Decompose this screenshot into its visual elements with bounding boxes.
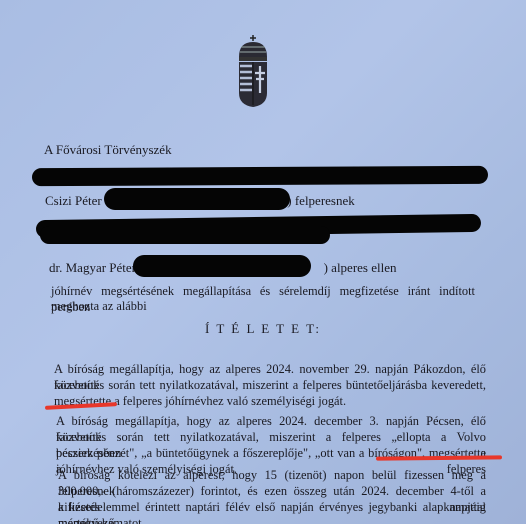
defendant-role: ) alperes ellen [324, 260, 397, 275]
hungarian-coat-of-arms-icon [233, 33, 273, 109]
paragraph-1-line-2: közvetítés során tett nyilatkozatával, m… [54, 377, 486, 393]
defendant-name: dr. Magyar Péter ( [49, 260, 144, 275]
court-name: A Fővárosi Törvényszék [44, 142, 172, 157]
paragraph-3-line-4: mértékű kamatot. [58, 515, 486, 524]
redaction-bar [32, 166, 488, 186]
redaction-bar [104, 188, 290, 210]
redaction-bar [133, 255, 311, 277]
plaintiff-name: Csizi Péter ( [45, 193, 109, 208]
paragraph-1-line-3: megsértette a felperes jóhírnévhez való … [54, 393, 486, 409]
subject-line-2: meghozta az alábbi [51, 299, 147, 314]
verdict-title: Í T É L E T E T: [0, 321, 526, 337]
plaintiff-role: ) felperesnek [287, 193, 355, 208]
redaction-bar [40, 226, 330, 244]
court-document: A Fővárosi Törvényszék Csizi Péter () fe… [0, 0, 526, 524]
